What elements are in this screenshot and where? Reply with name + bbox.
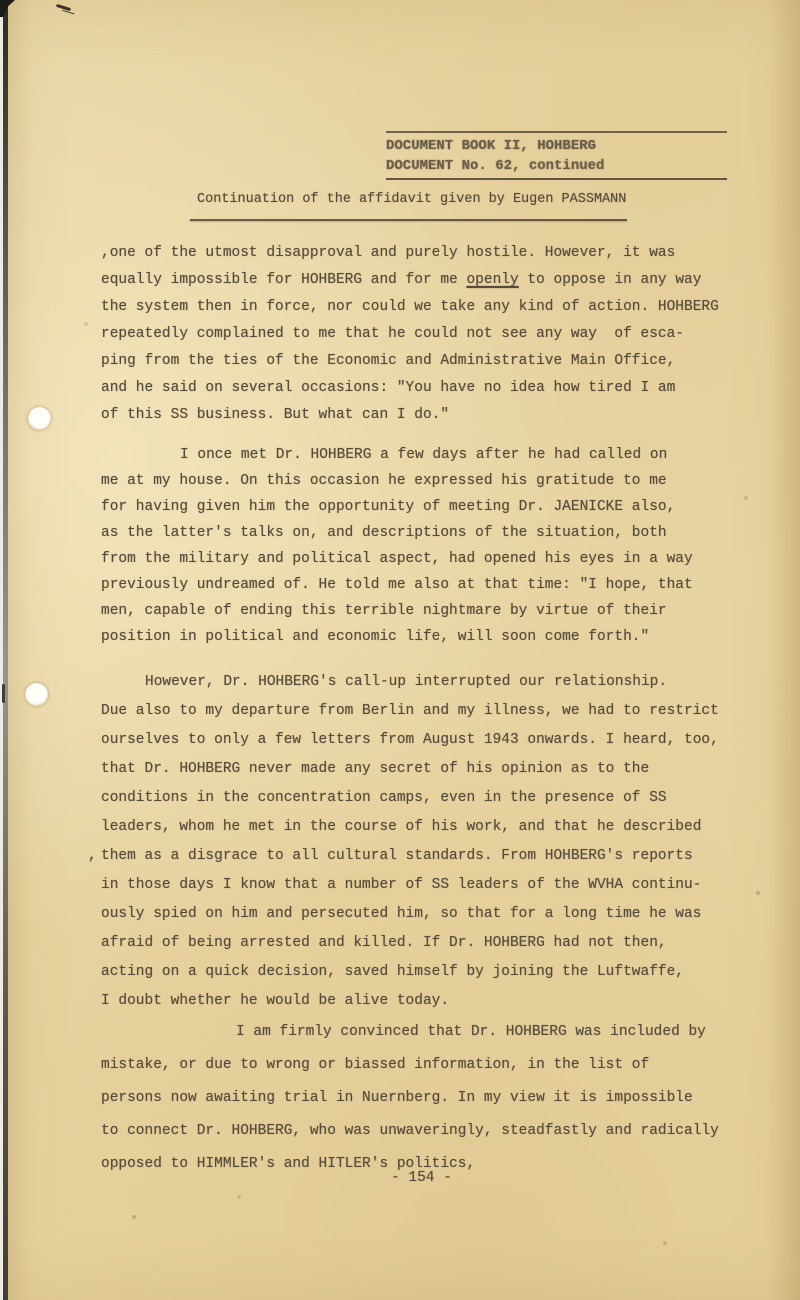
stray-ink-mark: ,: [88, 848, 97, 864]
line-text: conditions in the concentration camps, e…: [101, 790, 667, 806]
body-line: the system then in force, nor could we t…: [101, 294, 761, 321]
line-text: mistake, or due to wrong or biassed info…: [101, 1057, 649, 1073]
body-line: position in political and economic life,…: [101, 624, 761, 650]
body-line: leaders, whom he met in the course of hi…: [101, 813, 761, 842]
line-text: for having given him the opportunity of …: [101, 499, 675, 515]
body-paragraph: However, Dr. HOHBERG's call-up interrupt…: [101, 668, 761, 1016]
body-line: that Dr. HOHBERG never made any secret o…: [101, 755, 761, 784]
line-text: ourselves to only a few letters from Aug…: [101, 732, 719, 748]
line-text: from the military and political aspect, …: [101, 551, 693, 567]
line-text: afraid of being arrested and killed. If …: [101, 935, 667, 951]
binding-edge: [3, 0, 8, 1300]
body-line: conditions in the concentration camps, e…: [101, 784, 761, 813]
line-text: Due also to my departure from Berlin and…: [101, 703, 719, 719]
line-text: ously spied on him and persecuted him, s…: [101, 906, 701, 922]
document-page: DOCUMENT BOOK II, HOHBERG DOCUMENT No. 6…: [0, 0, 800, 1300]
line-text: I am firmly convinced that Dr. HOHBERG w…: [236, 1024, 706, 1040]
body-line: ourselves to only a few letters from Aug…: [101, 726, 761, 755]
paper-specks: [0, 0, 2, 2]
body-line: I am firmly convinced that Dr. HOHBERG w…: [101, 1016, 761, 1049]
body-line: from the military and political aspect, …: [101, 546, 761, 572]
body-line: as the latter's talks on, and descriptio…: [101, 520, 761, 546]
ink-squiggle-mark: [56, 4, 71, 11]
body-line: and he said on several occasions: "You h…: [101, 375, 761, 402]
line-text: that Dr. HOHBERG never made any secret o…: [101, 761, 649, 777]
body-line: previously undreamed of. He told me also…: [101, 572, 761, 598]
body-line: afraid of being arrested and killed. If …: [101, 929, 761, 958]
line-text: leaders, whom he met in the course of hi…: [101, 819, 701, 835]
line-text: to connect Dr. HOHBERG, who was unwaveri…: [101, 1123, 719, 1139]
body-line: Due also to my departure from Berlin and…: [101, 697, 761, 726]
body-paragraph: I once met Dr. HOHBERG a few days after …: [101, 442, 761, 650]
line-text: ,one of the utmost disapproval and purel…: [101, 245, 675, 261]
line-text: acting on a quick decision, saved himsel…: [101, 964, 684, 980]
underlined-word: openly: [466, 272, 518, 288]
punch-hole-bottom: [25, 683, 48, 706]
body-line: repeatedly complained to me that he coul…: [101, 321, 761, 348]
document-header: DOCUMENT BOOK II, HOHBERG DOCUMENT No. 6…: [386, 131, 727, 180]
line-text: in those days I know that a number of SS…: [101, 877, 701, 893]
body-paragraph: I am firmly convinced that Dr. HOHBERG w…: [101, 1016, 761, 1181]
line-text: ping from the ties of the Economic and A…: [101, 353, 675, 369]
body-line: to connect Dr. HOHBERG, who was unwaveri…: [101, 1115, 761, 1148]
line-text: repeatedly complained to me that he coul…: [101, 326, 684, 342]
body-line: I once met Dr. HOHBERG a few days after …: [101, 442, 761, 468]
body-line: ping from the ties of the Economic and A…: [101, 348, 761, 375]
line-text: me at my house. On this occasion he expr…: [101, 473, 667, 489]
line-text: them as a disgrace to all cultural stand…: [101, 848, 693, 864]
body-paragraph: ,one of the utmost disapproval and purel…: [101, 240, 761, 429]
body-line: me at my house. On this occasion he expr…: [101, 468, 761, 494]
header-doc-line: DOCUMENT No. 62, continued: [386, 156, 727, 176]
line-text: the system then in force, nor could we t…: [101, 299, 719, 315]
line-text: equally impossible for HOHBERG and for m…: [101, 272, 466, 288]
body-line: of this SS business. But what can I do.": [101, 402, 761, 429]
line-text: men, capable of ending this terrible nig…: [101, 603, 667, 619]
header-book-line: DOCUMENT BOOK II, HOHBERG: [386, 136, 727, 156]
heading-underline: [190, 219, 627, 221]
body-line: However, Dr. HOHBERG's call-up interrupt…: [101, 668, 761, 697]
edge-ink-dash: [2, 684, 5, 703]
line-text: position in political and economic life,…: [101, 629, 649, 645]
body-line: them as a disgrace to all cultural stand…: [101, 842, 761, 871]
body-line: I doubt whether he would be alive today.: [101, 987, 761, 1016]
punch-hole-top: [28, 407, 51, 430]
body-line: equally impossible for HOHBERG and for m…: [101, 267, 761, 294]
body-line: mistake, or due to wrong or biassed info…: [101, 1049, 761, 1082]
line-text: of this SS business. But what can I do.": [101, 407, 449, 423]
body-line: for having given him the opportunity of …: [101, 494, 761, 520]
line-text: persons now awaiting trial in Nuernberg.…: [101, 1090, 693, 1106]
body-line: ously spied on him and persecuted him, s…: [101, 900, 761, 929]
body-line: persons now awaiting trial in Nuernberg.…: [101, 1082, 761, 1115]
line-text: However, Dr. HOHBERG's call-up interrupt…: [145, 674, 667, 690]
line-text: I once met Dr. HOHBERG a few days after …: [180, 447, 667, 463]
body-line: men, capable of ending this terrible nig…: [101, 598, 761, 624]
affidavit-body: ,one of the utmost disapproval and purel…: [101, 240, 761, 1181]
body-line: in those days I know that a number of SS…: [101, 871, 761, 900]
line-text: and he said on several occasions: "You h…: [101, 380, 675, 396]
line-text: previously undreamed of. He told me also…: [101, 577, 693, 593]
line-text: to oppose in any way: [519, 272, 702, 288]
affidavit-heading: Continuation of the affidavit given by E…: [197, 189, 626, 211]
line-text: as the latter's talks on, and descriptio…: [101, 525, 667, 541]
line-text: I doubt whether he would be alive today.: [101, 993, 449, 1009]
page-number: - 154 -: [391, 1170, 452, 1186]
body-line: acting on a quick decision, saved himsel…: [101, 958, 761, 987]
body-line: ,one of the utmost disapproval and purel…: [101, 240, 761, 267]
